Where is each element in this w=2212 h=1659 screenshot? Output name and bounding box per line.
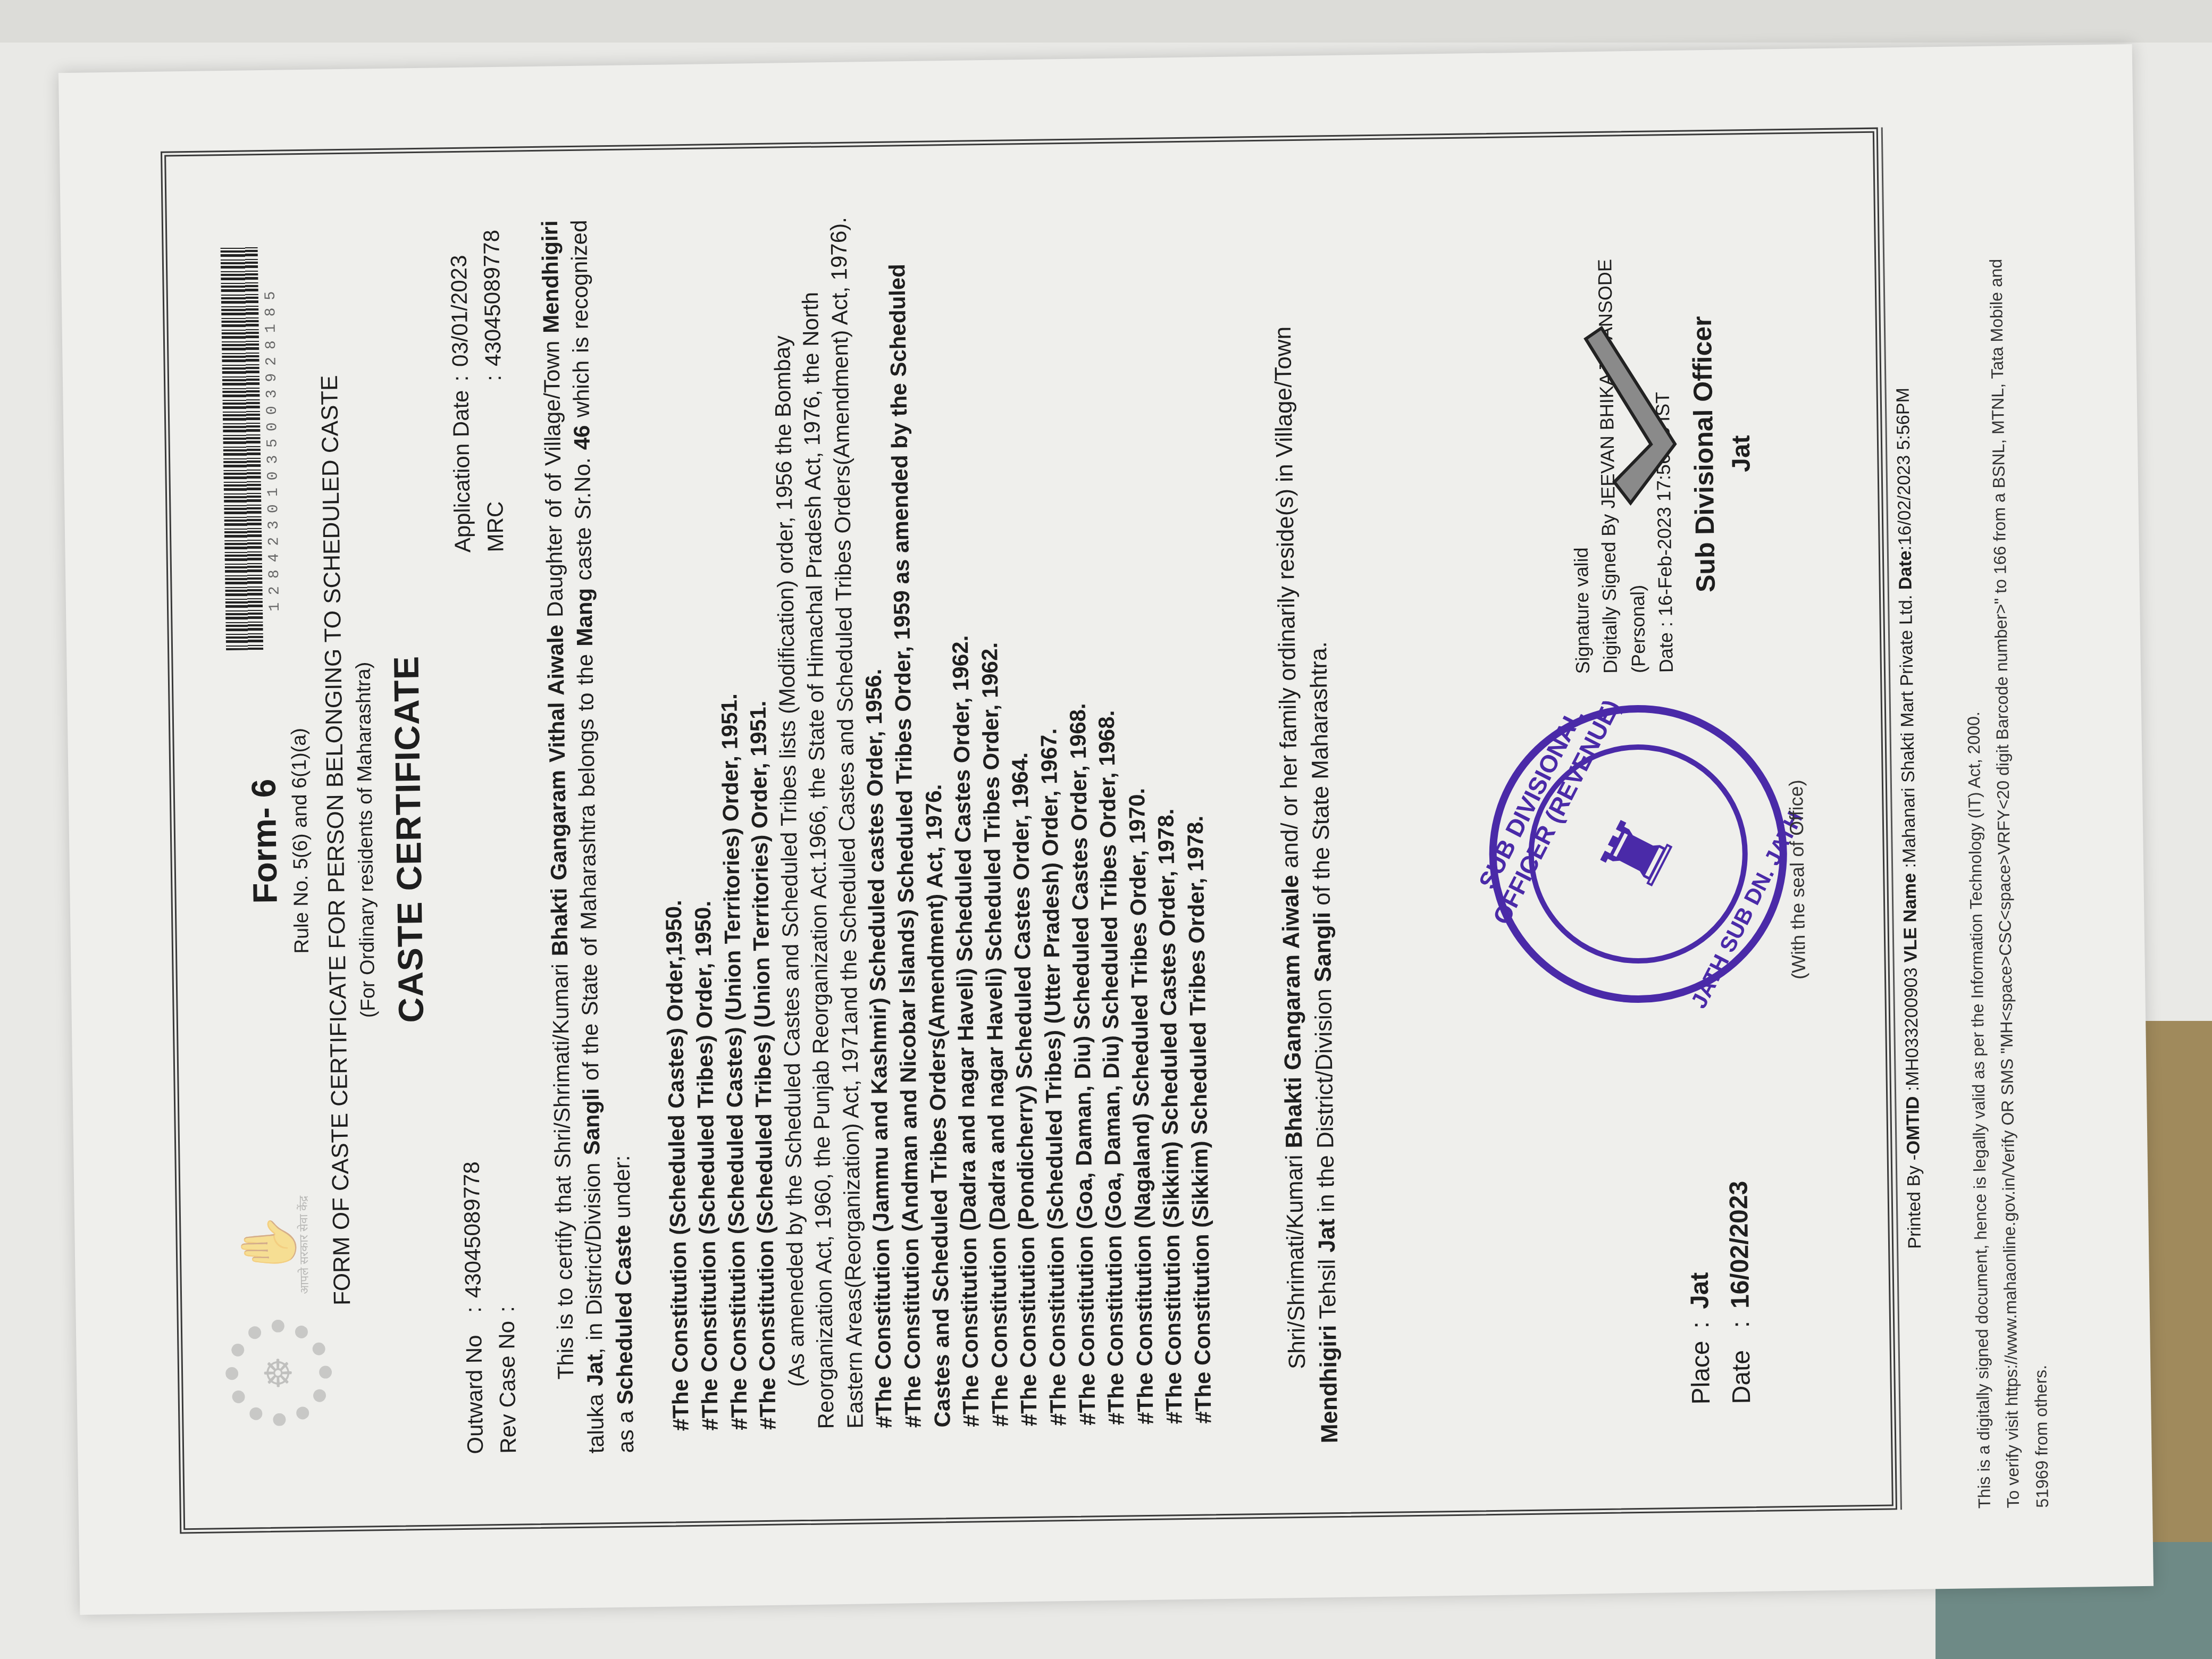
district-name: Sangli — [579, 1088, 605, 1155]
outward-no-label: Outward No — [458, 1314, 492, 1455]
resident-district: Sangli — [1309, 912, 1336, 983]
taluka-name: Jat — [582, 1354, 608, 1386]
caste-name: Mang — [572, 588, 598, 647]
certificate-title: CASTE CERTIFICATE — [380, 222, 437, 1456]
maharashtra-logo-icon: ✋ आपले सरकार सेवा केंद्र — [223, 1191, 331, 1299]
application-date-label: Application Date — [445, 382, 479, 553]
logo-caption: आपले सरकार सेवा केंद्र — [295, 1195, 312, 1294]
signature-valid-check-icon — [1580, 322, 1679, 514]
mrc-label: MRC — [477, 382, 512, 552]
certificate-meta: Outward No : 43045089778 Rev Case No : A… — [441, 221, 525, 1456]
outward-no-value: 43045089778 — [455, 1154, 489, 1298]
application-date-value: 03/01/2023 — [442, 222, 476, 367]
signature-section: Place : Jat Date : 16/02/2023 SUB DIVISI… — [1406, 203, 1795, 1442]
office-seal-stamp: SUB DIVISIONAL OFFICER (REVENUE) ♜ JATH … — [1438, 653, 1839, 1054]
seal-text-top: SUB DIVISIONAL OFFICER (REVENUE) — [1453, 666, 1633, 944]
place-value: Jat — [1679, 1170, 1720, 1310]
printed-date: :16/02/2023 5:56PM — [1893, 388, 1915, 551]
caste-serial-number: 46 — [569, 425, 595, 450]
barcode: 12842301035003928185 — [221, 246, 284, 650]
rev-case-no-value — [488, 1153, 522, 1298]
state-emblem-icon: ☸ — [225, 1319, 333, 1427]
resident-village: Mendhigiri — [1315, 1325, 1343, 1443]
signing-location: Jat — [1720, 236, 1763, 672]
place-date: Place : Jat Date : 16/02/2023 — [1678, 1169, 1763, 1406]
amendment-note: (As ameneded by the Scheduled Castes and… — [766, 216, 870, 1430]
caste-certificate-document: ☸ ✋ आपले सरकार सेवा केंद्र 1284230103500… — [58, 44, 2154, 1615]
meta-left: Outward No : 43045089778 Rev Case No : — [454, 1152, 525, 1455]
barcode-icon — [221, 246, 264, 650]
photo-background-top — [0, 0, 2212, 43]
seal-caption: (With the seal of Office) — [1785, 780, 1810, 979]
document-border: ☸ ✋ आपले सरकार सेवा केंद्र 1284230103500… — [161, 128, 1897, 1534]
lion-capital-emblem-icon: ♜ — [1581, 801, 1696, 907]
constitution-orders-list: #The Constitution (Scheduled Castes) Ord… — [650, 211, 1219, 1452]
date-label: Date — [1721, 1329, 1762, 1405]
signing-office: Sub Divisional Officer — [1681, 236, 1726, 673]
meta-right: Application Date : 03/01/2023 MRC : 4304… — [441, 221, 513, 554]
rev-case-no-label: Rev Case No — [491, 1313, 525, 1454]
vle-name: :Mahanari Shakti Mart Private Ltd. — [1896, 594, 1920, 868]
village-name: Mendhigiri — [537, 220, 564, 333]
date-value: 16/02/2023 — [1719, 1170, 1761, 1309]
omtid-value: :MH033200903 — [1901, 967, 1923, 1091]
caste-category: Scheduled Caste — [610, 1225, 638, 1405]
place-label: Place — [1681, 1330, 1721, 1405]
verification-footer: This is a digitally signed document, hen… — [1951, 125, 2057, 1509]
header-logos: ☸ ✋ आपले सरकार सेवा केंद्र — [223, 1191, 332, 1427]
person-name: Bhakti Gangaram Vithal Aiwale — [543, 625, 573, 957]
resident-name: Bhakti Gangaram Aiwale — [1277, 875, 1307, 1149]
residence-paragraph: Shri/Shrimati/Kumari Bhakti Gangaram Aiw… — [1265, 210, 1345, 1444]
digital-signature-block: Signature valid Digitally Signed By JEEV… — [1563, 236, 1763, 674]
resident-tehsil: Jat — [1313, 1219, 1340, 1253]
mrc-value: 43045089778 — [475, 222, 509, 367]
certification-paragraph: This is to certify that Shri/Shrimati/Ku… — [535, 220, 641, 1454]
